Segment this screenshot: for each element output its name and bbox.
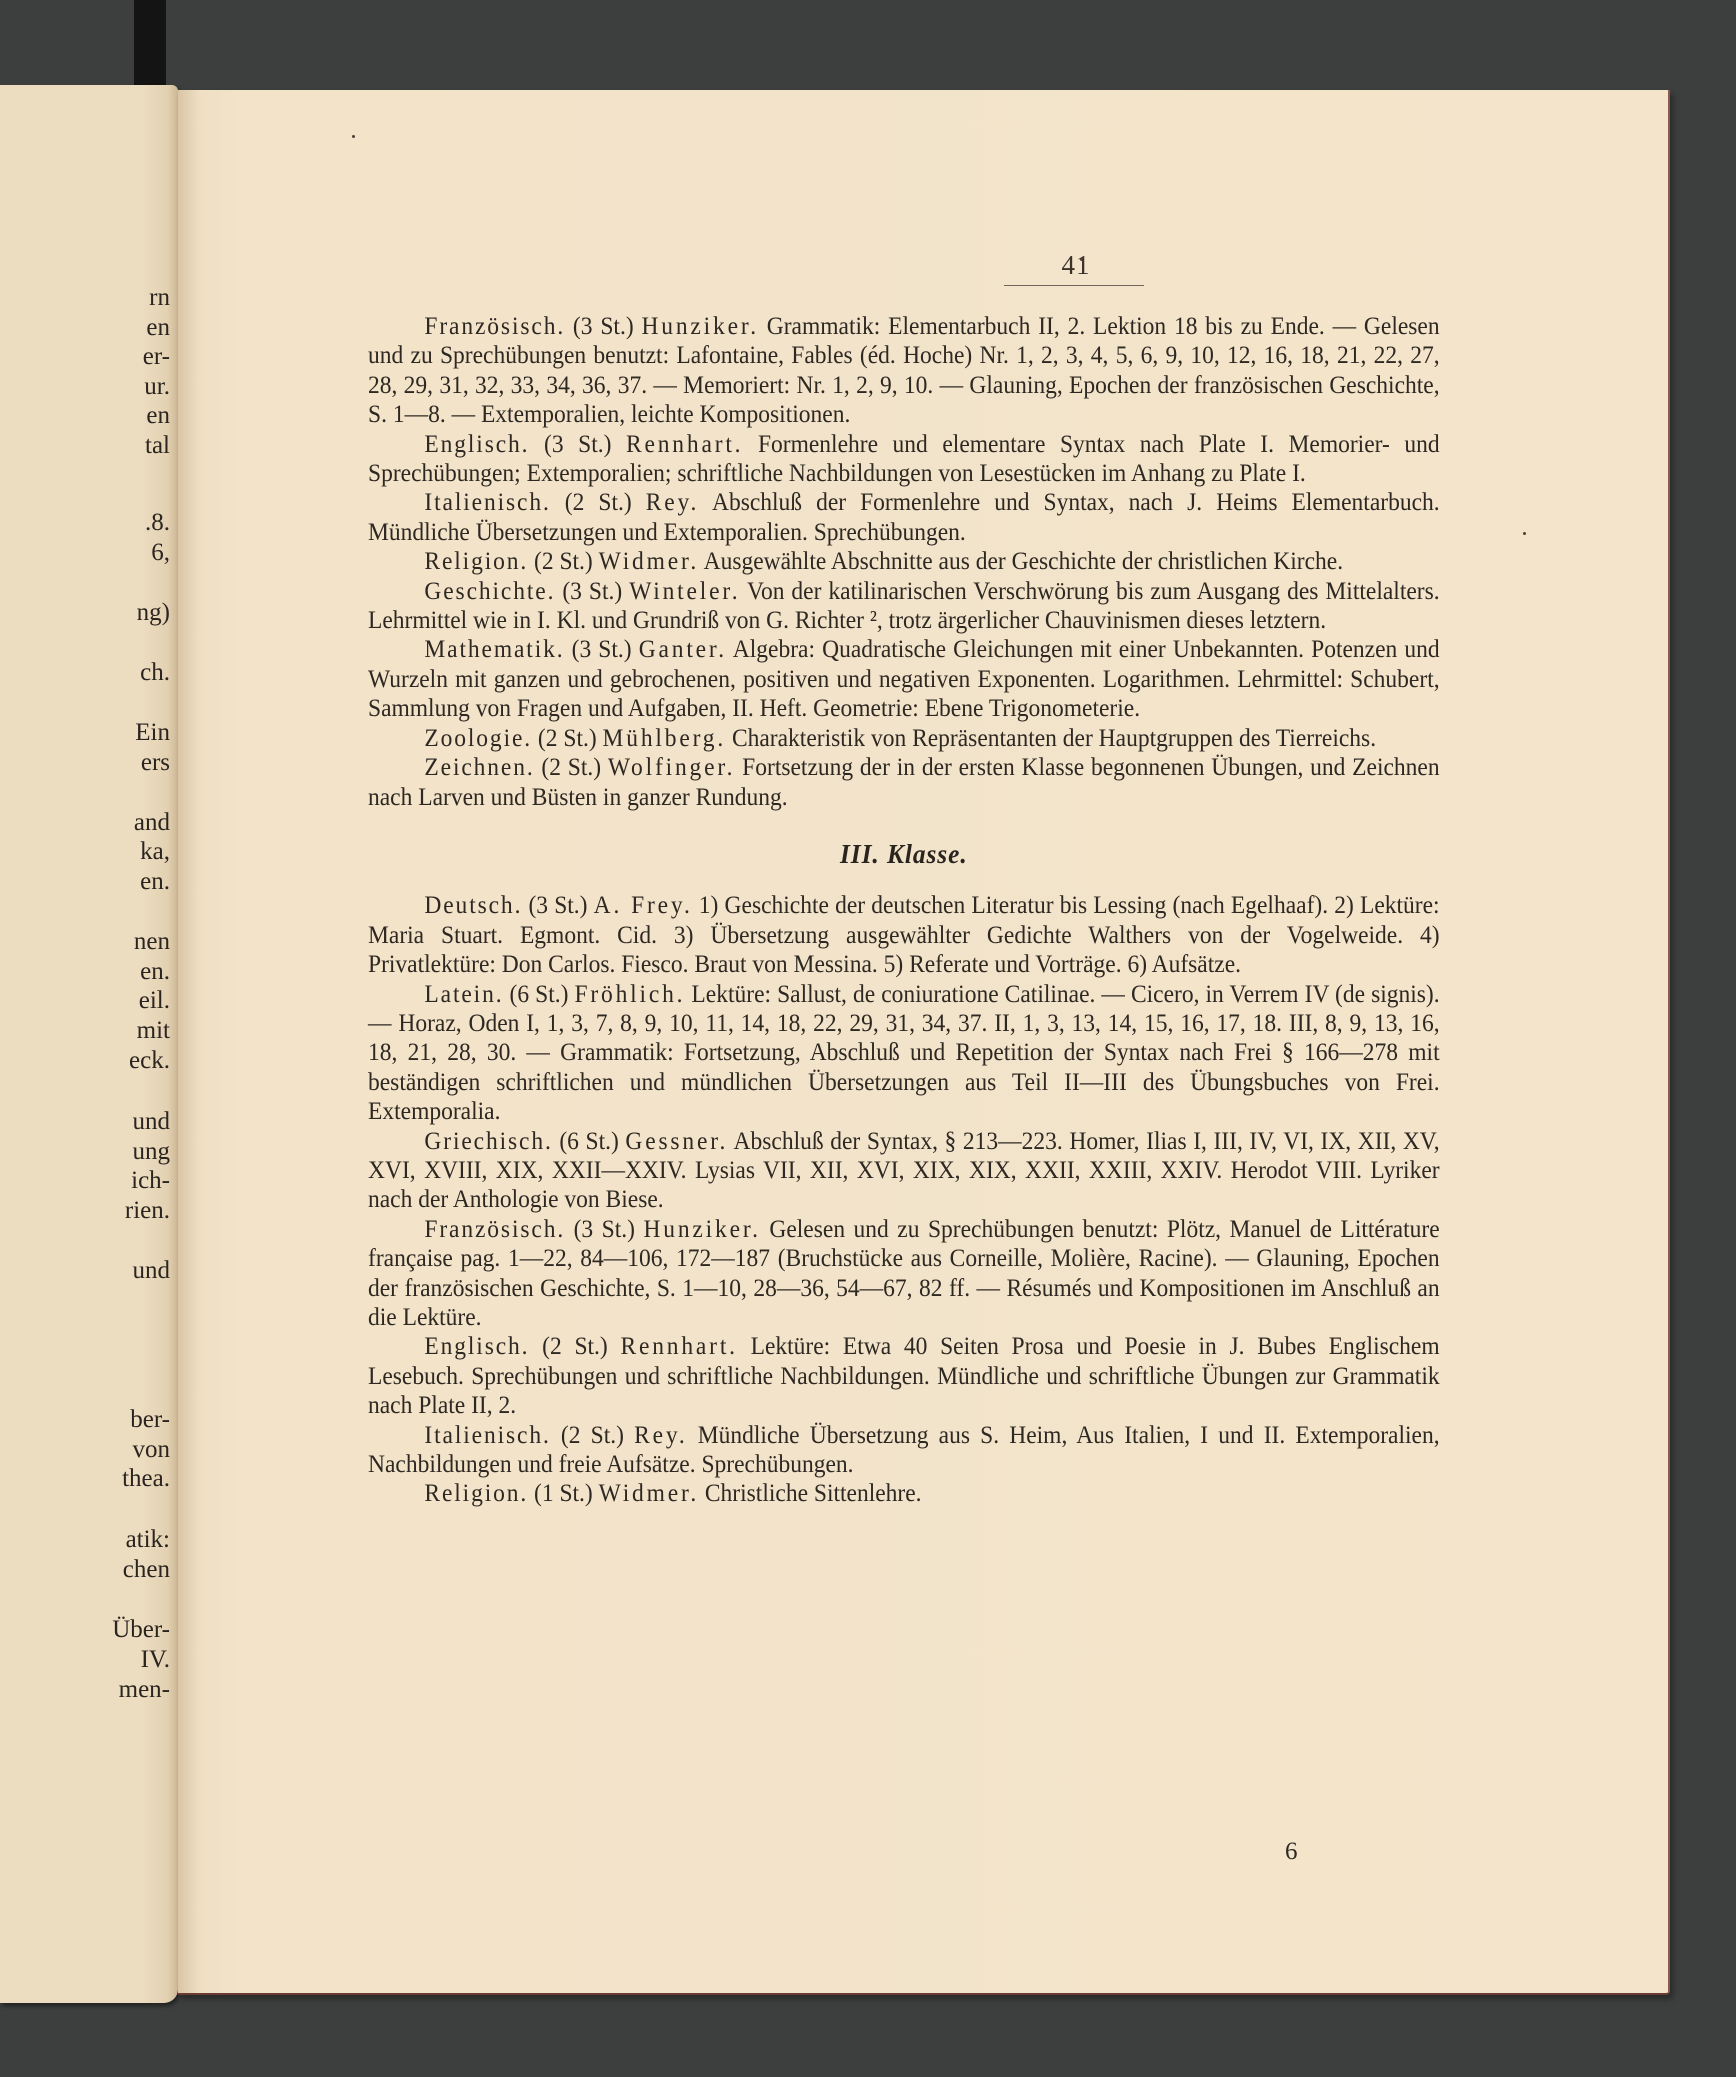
weekly-hours: (3 St.) (544, 431, 611, 458)
subject-name: Italienisch. (424, 489, 550, 516)
entry-description: Christliche Sittenlehre. (705, 1480, 922, 1507)
fragment-text: nen (134, 927, 170, 957)
subject-entry: Griechisch. (6 St.) Gessner. Abschluß de… (368, 1127, 1440, 1215)
entry-description: Lektüre: Etwa 40 Seiten Prosa und Poesie… (368, 1333, 1440, 1419)
subject-name: Latein. (424, 981, 503, 1008)
weekly-hours: (2 St.) (541, 754, 601, 781)
subject-entry: Mathematik. (3 St.) Ganter. Algebra: Qua… (368, 635, 1440, 723)
left-page-text-fragment: 6, (10, 538, 170, 568)
left-page-text-fragment: en. (10, 957, 170, 987)
right-page: 41 Französisch. (3 St.) Hunziker. Gramma… (178, 90, 1670, 1995)
fragment-text: ur. (144, 372, 170, 402)
paper-speck (1523, 532, 1526, 535)
subject-entry: Italienisch. (2 St.) Rey. Abschluß der F… (368, 488, 1440, 547)
fragment-text: en (146, 313, 170, 343)
fragment-text: ber- (130, 1405, 170, 1435)
teacher-name: Rennhart. (626, 431, 743, 458)
teacher-name: Wolfinger. (608, 754, 735, 781)
fragment-text: rn (149, 283, 170, 313)
fragment-text: en (146, 401, 170, 431)
fragment-text: ka, (140, 837, 170, 867)
weekly-hours: (3 St.) (528, 892, 587, 919)
fragment-text: und (133, 1256, 171, 1286)
left-page-text-fragment: chen (10, 1555, 170, 1585)
subject-name: Zeichnen. (424, 754, 534, 781)
left-page-text-fragment: er- (10, 342, 170, 372)
weekly-hours: (1 St.) (534, 1480, 593, 1507)
weekly-hours: (3 St.) (574, 1216, 635, 1243)
fragment-text: IV. (141, 1645, 170, 1675)
fragment-text: ung (133, 1137, 171, 1167)
left-page: rnener-ur.ental.8.6,ng)ch.Einersandka,en… (0, 85, 178, 2003)
subject-entry: Englisch. (3 St.) Rennhart. Formenlehre … (368, 430, 1440, 489)
subject-name: Griechisch. (424, 1128, 552, 1155)
page-number-rule (1004, 285, 1144, 286)
subject-entry: Zeichnen. (2 St.) Wolfinger. Fortsetzung… (368, 753, 1440, 812)
left-page-text-fragment: rn (10, 283, 170, 313)
teacher-name: Ganter. (639, 636, 727, 663)
subject-name: Französisch. (424, 1216, 565, 1243)
weekly-hours: (6 St.) (559, 1128, 618, 1155)
left-page-text-fragment: ka, (10, 837, 170, 867)
signature-mark: 6 (1285, 1838, 1298, 1866)
teacher-name: Rennhart. (620, 1333, 737, 1360)
weekly-hours: (6 St.) (510, 981, 569, 1008)
teacher-name: Hunziker. (643, 1216, 760, 1243)
left-page-text-fragment: ers (10, 748, 170, 778)
left-page-text-fragment: Ein (10, 718, 170, 748)
left-page-text-fragment: ung (10, 1137, 170, 1167)
teacher-name: A. Frey. (594, 892, 693, 919)
left-page-text-fragment: en (10, 313, 170, 343)
subject-entry: Religion. (2 St.) Widmer. Ausgewählte Ab… (368, 547, 1440, 576)
subject-name: Zoologie. (424, 725, 532, 752)
weekly-hours: (2 St.) (565, 489, 632, 516)
left-page-text-fragment: ich- (10, 1166, 170, 1196)
weekly-hours: (2 St.) (538, 725, 597, 752)
teacher-name: Widmer. (599, 548, 699, 575)
left-page-text-fragment: ber- (10, 1405, 170, 1435)
teacher-name: Rey. (646, 489, 699, 516)
fragment-text: en. (140, 867, 170, 897)
left-page-text-fragment: men- (10, 1675, 170, 1705)
subject-entry: Deutsch. (3 St.) A. Frey. 1) Geschichte … (368, 891, 1440, 979)
left-page-text-fragment: and (10, 808, 170, 838)
subject-name: Deutsch. (424, 892, 522, 919)
subject-name: Italienisch. (424, 1422, 550, 1449)
left-page-text-fragment: rien. (10, 1196, 170, 1226)
left-page-text-fragment: Über- (10, 1615, 170, 1645)
left-page-text-fragment: und (10, 1256, 170, 1286)
section-iii-entries: Deutsch. (3 St.) A. Frey. 1) Geschichte … (368, 891, 1440, 1509)
entry-description: Ausgewählte Abschnitte aus der Geschicht… (704, 548, 1344, 575)
section-heading-iii-klasse: III. Klasse. (368, 840, 1440, 869)
subject-entry: Religion. (1 St.) Widmer. Christliche Si… (368, 1479, 1440, 1508)
weekly-hours: (3 St.) (573, 313, 634, 340)
teacher-name: Hunziker. (641, 313, 758, 340)
paper-speck (352, 135, 355, 138)
fragment-text: rien. (125, 1196, 170, 1226)
fragment-text: en. (140, 957, 170, 987)
teacher-name: Widmer. (599, 1480, 699, 1507)
subject-entry: Zoologie. (2 St.) Mühlberg. Charakterist… (368, 724, 1440, 753)
fragment-text: und (133, 1107, 171, 1137)
left-page-text-fragment: eil. (10, 986, 170, 1016)
left-page-text-fragment: und (10, 1107, 170, 1137)
teacher-name: Mühlberg. (603, 725, 727, 752)
teacher-name: Winteler. (629, 578, 740, 605)
subject-name: Englisch. (424, 431, 529, 458)
paper-speck (1080, 258, 1083, 261)
teacher-name: Fröhlich. (574, 981, 685, 1008)
fragment-text: von (133, 1435, 171, 1465)
fragment-text: Über- (112, 1615, 170, 1645)
subject-name: Geschichte. (424, 578, 555, 605)
fragment-text: thea. (122, 1464, 170, 1494)
left-page-text-fragment: nen (10, 927, 170, 957)
fragment-text: and (134, 808, 170, 838)
teacher-name: Rey. (634, 1422, 687, 1449)
section-ii-entries: Französisch. (3 St.) Hunziker. Grammatik… (368, 312, 1440, 812)
fragment-text: 6, (151, 538, 170, 568)
subject-entry: Französisch. (3 St.) Hunziker. Grammatik… (368, 312, 1440, 430)
book-spine-shadow (134, 0, 166, 90)
left-page-text-fragment: ch. (10, 658, 170, 688)
subject-name: Englisch. (424, 1333, 529, 1360)
weekly-hours: (2 St.) (534, 548, 593, 575)
left-page-text-fragment: eck. (10, 1046, 170, 1076)
subject-entry: Geschichte. (3 St.) Winteler. Von der ka… (368, 577, 1440, 636)
subject-name: Französisch. (424, 313, 565, 340)
weekly-hours: (3 St.) (572, 636, 632, 663)
subject-name: Mathematik. (424, 636, 564, 663)
fragment-text: eck. (129, 1046, 170, 1076)
left-page-text-fragment: mit (10, 1016, 170, 1046)
weekly-hours: (2 St.) (542, 1333, 608, 1360)
teacher-name: Gessner. (625, 1128, 728, 1155)
left-page-text-fragment: IV. (10, 1645, 170, 1675)
subject-entry: Latein. (6 St.) Fröhlich. Lektüre: Sallu… (368, 980, 1440, 1127)
left-page-text-fragment: en (10, 401, 170, 431)
left-page-text-fragment: atik: (10, 1525, 170, 1555)
left-page-text-fragment: tal (10, 431, 170, 461)
left-page-text-fragment: thea. (10, 1464, 170, 1494)
subject-entry: Französisch. (3 St.) Hunziker. Gelesen u… (368, 1215, 1440, 1333)
fragment-text: mit (137, 1016, 170, 1046)
page-number: 41 (1048, 250, 1104, 281)
fragment-text: .8. (145, 508, 170, 538)
fragment-text: Ein (135, 718, 170, 748)
subject-entry: Italienisch. (2 St.) Rey. Mündliche Über… (368, 1421, 1440, 1480)
fragment-text: ich- (131, 1166, 170, 1196)
entry-description: Charakteristik von Repräsentanten der Ha… (732, 725, 1376, 752)
entry-description: Formenlehre und elementare Syntax nach P… (368, 431, 1440, 487)
fragment-text: atik: (126, 1525, 170, 1555)
left-page-text-fragment: .8. (10, 508, 170, 538)
left-page-text-fragment: ur. (10, 372, 170, 402)
weekly-hours: (2 St.) (561, 1422, 624, 1449)
body-text: Französisch. (3 St.) Hunziker. Grammatik… (368, 312, 1440, 1509)
fragment-text: ng) (137, 598, 170, 628)
fragment-text: ch. (140, 658, 170, 688)
fragment-text: er- (143, 342, 170, 372)
weekly-hours: (3 St.) (562, 578, 622, 605)
fragment-text: chen (123, 1555, 170, 1585)
fragment-text: men- (119, 1675, 170, 1705)
fragment-text: tal (145, 431, 170, 461)
left-page-text-fragment: von (10, 1435, 170, 1465)
fragment-text: ers (141, 748, 170, 778)
left-page-text-fragment: ng) (10, 598, 170, 628)
subject-name: Religion. (424, 548, 528, 575)
subject-name: Religion. (424, 1480, 528, 1507)
fragment-text: eil. (139, 986, 170, 1016)
left-page-text-fragment: en. (10, 867, 170, 897)
subject-entry: Englisch. (2 St.) Rennhart. Lektüre: Etw… (368, 1332, 1440, 1420)
